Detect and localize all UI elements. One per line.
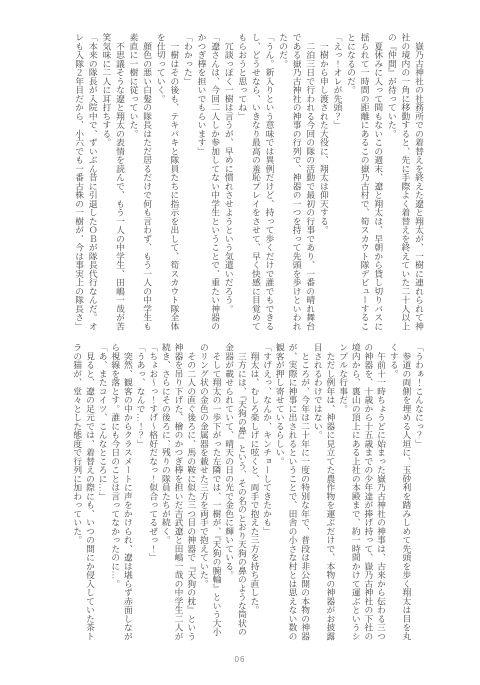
paragraph: ただし例年は、神器に見立てた農作物を運ぶだけで、本物の神器がお披露目されるわけで… xyxy=(311,343,336,641)
page-number: 06 xyxy=(0,655,480,664)
paragraph: 「うあっ、なんで…！？」 xyxy=(134,343,147,641)
paragraph: 「本来の隊長が入院中で、ずいぶん昔に引退したＯＢが隊長代行なんだ。オレも入隊２年… xyxy=(72,33,99,331)
paragraph: 「うわぁ！こんなにっ？」 xyxy=(412,343,425,641)
paragraph: その二人の直ぐ後ろに、馬の鞍に似た三つ目の神器で『天狗の枕』という神器を吊り下げ… xyxy=(159,343,197,641)
paragraph: そして翔太の一歩下がった左隣では、一樹が、『天狗の腕輪』という大小のリング状の金… xyxy=(197,343,222,641)
paragraph: 夏休みに入って間もないこの週末、遼と翔太は、早朝から貸し切りバスに揺られて一時間… xyxy=(343,33,384,331)
paragraph: 参道の両側を埋める人垣に、玉砂利を踏みしめて先頭を歩く翔太は目を丸くする。 xyxy=(387,343,412,641)
paragraph: 見ると、遼の足元では、着替えの際にも、いつの間にか侵入していた茶トラの猫が、堂々… xyxy=(71,343,96,641)
paragraph: 「うん。新入りという意味では異例だけど、持って歩くだけで誰でもできるし、どうせな… xyxy=(235,33,276,331)
paragraph: 二泊三日で行われる今回の隊の活動で最初の行事であり、一番の晴れ舞台である嶽乃古神… xyxy=(275,33,316,331)
paragraph: 「ちょお〜っ！すげ〜格好だなっ！似合ってるぜっ！」 xyxy=(147,343,160,641)
paragraph: 不思議そうな遼と翔太の表情を読んで、もう一人の中学生、田嶋一哉が苦笑気味に二人に… xyxy=(99,33,126,331)
text-block-top: 嶽乃古神社の社務所での着替えを終えた遼と翔太が、一樹に連れられて神社の境内の一角… xyxy=(65,33,425,331)
paragraph: 顔色の悪い白髪の隊長はただ居るだけで何も言わず、もう一人の中学生も素直に一樹に従… xyxy=(126,33,153,331)
paragraph: 「すげえっ、なんか、キンチョーしてきたかも」 xyxy=(260,343,273,641)
paragraph: 一樹はその後も、テキパキと隊員たちに指示を出して、筍スカウト隊全体を仕切っていく… xyxy=(153,33,180,331)
paragraph: 「えっ！オレが先頭？」 xyxy=(330,33,344,331)
paragraph: 「あ、またコイツ、こんなところに…」 xyxy=(96,343,109,641)
paragraph: 三方には、『天狗の鼻』という、その名のとおり天狗の鼻のような筒状の金器が載せられ… xyxy=(223,343,248,641)
book-page: 嶽乃古神社の社務所での着替えを終えた遼と翔太が、一樹に連れられて神社の境内の一角… xyxy=(0,0,480,685)
paragraph: 午前十一時ちょうどに始まった嶽乃古神社の神事は、古来から伝わる三つの神器を、十歳… xyxy=(336,343,387,641)
paragraph: 一樹から申し渡された大役に、翔太は仰天する。 xyxy=(316,33,330,331)
text-block-bottom: 「うわぁ！こんなにっ？」 参道の両側を埋める人垣に、玉砂利を踏みしめて先頭を歩く… xyxy=(65,343,425,641)
paragraph: ところが、今年は二十年に一度の特別な年で、普段は非公開の本物の神器が、実際に神事… xyxy=(273,343,311,641)
paragraph: 嶽乃古神社の社務所での着替えを終えた遼と翔太が、一樹に連れられて神社の境内の一角… xyxy=(384,33,425,331)
paragraph: 「わかった」 xyxy=(180,33,194,331)
paragraph: 冗談っぽく一樹は言うが、早めに慣れさせようという気遣いだろう。 xyxy=(221,33,235,331)
paragraph: 「遼さんは、今回二人しか参加してない中学生ということで、重たい神器のかつぎ棒を担… xyxy=(194,33,221,331)
paragraph: 翔太は、むしろ楽しげに呟くと、両手で抱えた三方を持ち直した。 xyxy=(248,343,261,641)
paragraph: 突然、観客の中からクラスメートに声をかけられ、遼は堪らず赤面しながら視線を落とす… xyxy=(109,343,134,641)
